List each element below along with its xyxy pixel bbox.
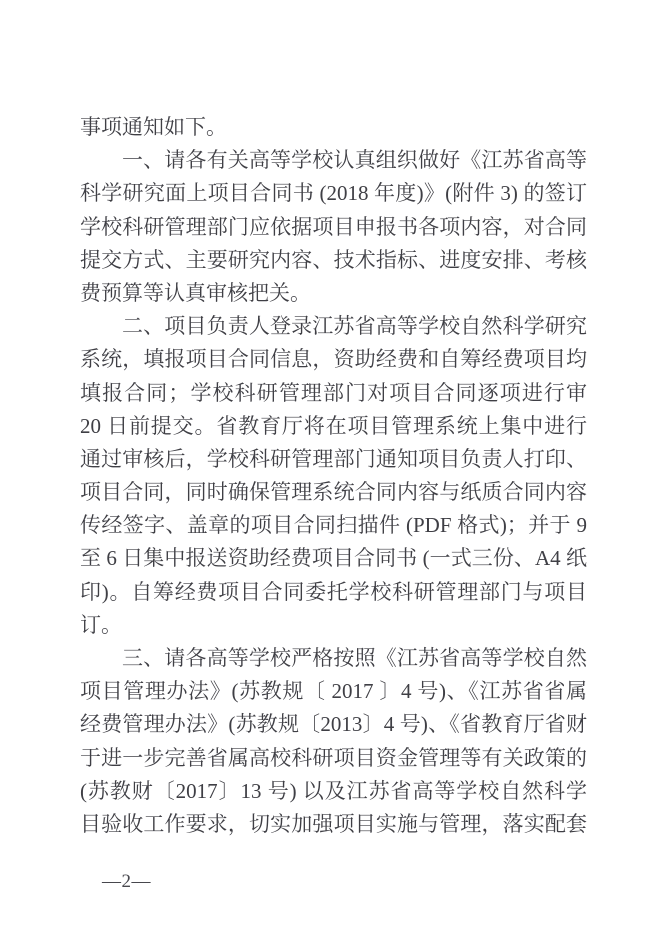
text-line: 一、请各有关高等学校认真组织做好《江苏省高等学校自然 bbox=[80, 144, 587, 177]
text-line: 经费管理办法》(苏教规〔2013〕4 号)、《省教育厅省财政厅关 bbox=[80, 708, 587, 741]
text-line: 项目合同，同时确保管理系统合同内容与纸质合同内容一致，上 bbox=[80, 476, 587, 509]
text-line: 通过审核后，学校科研管理部门通知项目负责人打印、填报正式 bbox=[80, 443, 587, 476]
text-line: 提交方式、主要研究内容、技术指标、进度安排、考核目标和经 bbox=[80, 244, 587, 277]
text-line: 三、请各高等学校严格按照《江苏省高等学校自然科学研究 bbox=[80, 642, 587, 675]
text-line: 传经签字、盖章的项目合同扫描件 (PDF 格式)；并于 9 月 5 日 bbox=[80, 509, 587, 542]
text-line: 费预算等认真审核把关。 bbox=[80, 277, 587, 310]
text-line: 事项通知如下。 bbox=[80, 111, 587, 144]
text-line: (苏教财〔2017〕13 号) 以及江苏省高等学校自然科学研究项 bbox=[80, 775, 587, 808]
text-line: 于进一步完善省属高校科研项目资金管理等有关政策的通知》 bbox=[80, 742, 587, 775]
text-line: 项目管理办法》(苏教规〔 2017 〕4 号)、《江苏省省属高校科研 bbox=[80, 675, 587, 708]
document-page: 事项通知如下。 一、请各有关高等学校认真组织做好《江苏省高等学校自然 科学研究面… bbox=[0, 0, 670, 927]
text-line: 填报合同；学校科研管理部门对项目合同逐项进行审查，于 8 月 bbox=[80, 377, 587, 410]
text-line: 20 日前提交。省教育厅将在项目管理系统上集中进行合同审核。 bbox=[80, 410, 587, 443]
text-line: 系统，填报项目合同信息，资助经费和自筹经费项目均须在网上 bbox=[80, 343, 587, 376]
text-line: 目验收工作要求，切实加强项目实施与管理，落实配套支持经费， bbox=[80, 808, 587, 841]
text-line: 科学研究面上项目合同书 (2018 年度)》(附件 3) 的签订工作， bbox=[80, 177, 587, 210]
text-line: 学校科研管理部门应依据项目申报书各项内容，对合同中的成果 bbox=[80, 211, 587, 244]
text-line: 二、项目负责人登录江苏省高等学校自然科学研究项目管理 bbox=[80, 310, 587, 343]
page-number: —2— bbox=[102, 870, 151, 894]
text-line: 订。 bbox=[80, 609, 587, 642]
text-line: 至 6 日集中报送资助经费项目合同书 (一式三份、A4 纸双面打 bbox=[80, 542, 587, 575]
document-body: 事项通知如下。 一、请各有关高等学校认真组织做好《江苏省高等学校自然 科学研究面… bbox=[80, 111, 587, 841]
text-line: 印)。自筹经费项目合同委托学校科研管理部门与项目负责人签 bbox=[80, 576, 587, 609]
